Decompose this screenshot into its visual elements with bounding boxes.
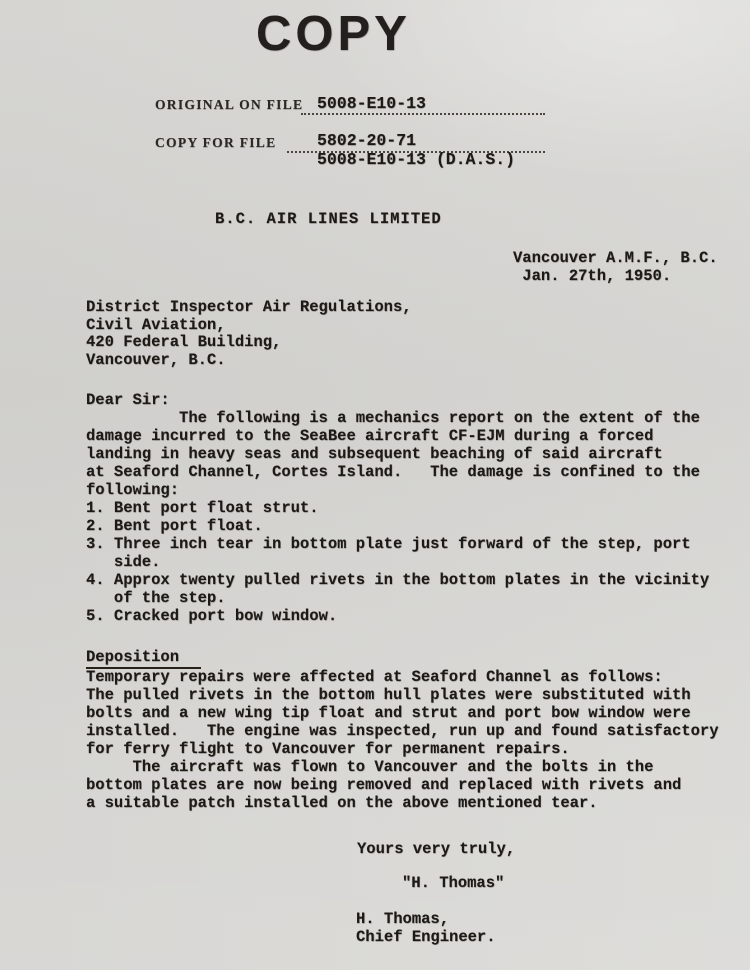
copy-stamp: COPY — [256, 10, 411, 59]
recipient-address: District Inspector Air Regulations, Civi… — [86, 299, 412, 369]
signature-block: H. Thomas, Chief Engineer. — [356, 911, 496, 946]
copy-for-file-label: COPY FOR FILE — [155, 135, 276, 151]
scanned-letter-page: COPY ORIGINAL ON FILE 5008-E10-13 COPY F… — [0, 0, 750, 970]
original-file-number: 5008-E10-13 — [317, 95, 426, 113]
original-on-file-label: ORIGINAL ON FILE — [155, 97, 303, 113]
copy-file-number: 5802-20-71 — [317, 132, 416, 150]
deposition-body: Temporary repairs were affected at Seafo… — [86, 668, 719, 812]
deposition-heading: Deposition — [86, 648, 201, 669]
copy-file-number-secondary: 5008-E10-13 (D.A.S.) — [317, 151, 515, 169]
company-name: B.C. AIR LINES LIMITED — [215, 210, 442, 228]
place-and-date-line: Vancouver A.M.F., B.C. Jan. 27th, 1950. — [513, 249, 718, 285]
signature-quoted: "H. Thomas" — [402, 874, 504, 892]
closing-valediction: Yours very truly, — [357, 840, 515, 858]
letter-body: Dear Sir: The following is a mechanics r… — [86, 391, 709, 625]
